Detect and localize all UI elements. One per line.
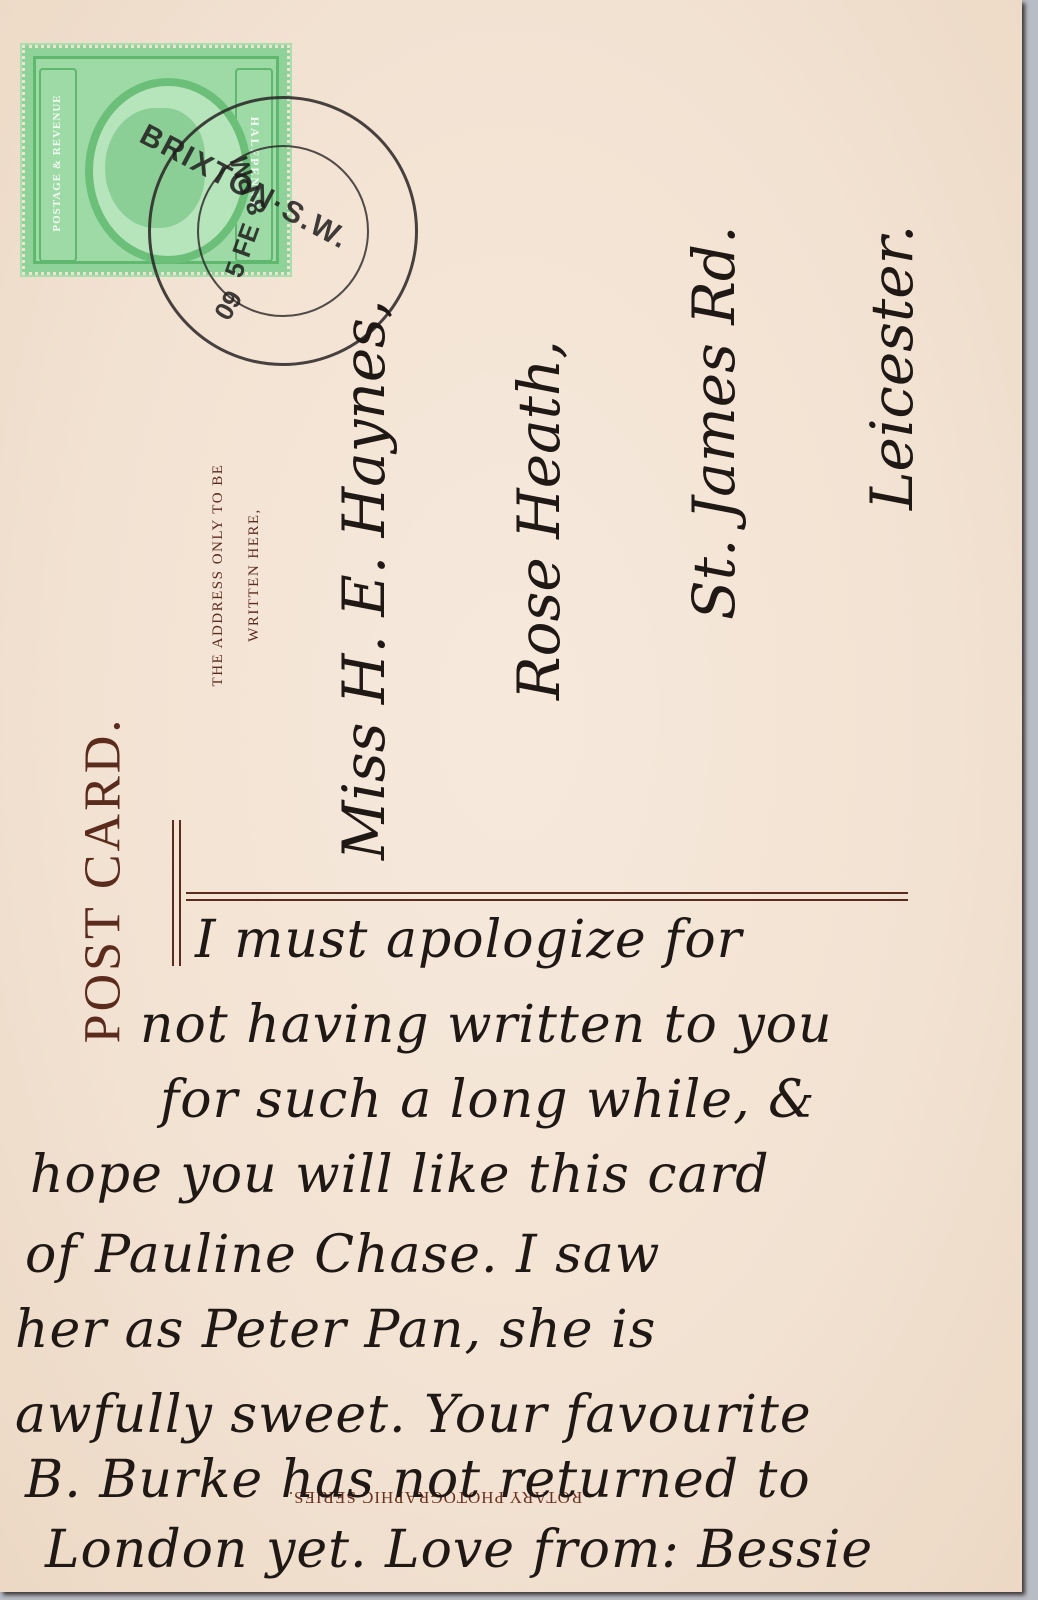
address-instruction: THE ADDRESS ONLY TO BE WRITTEN HERE, — [200, 464, 272, 687]
message-line-signoff: London yet. Love from: Bessie — [45, 1520, 873, 1580]
postcard: POSTAGE & REVENUE HALFPENNY BRIXTON·S.W.… — [0, 0, 1022, 1592]
address-line-street: St. James Rd. — [680, 225, 748, 620]
message-line-1: I must apologize for — [195, 910, 743, 970]
message-line-8: B. Burke has not returned to — [25, 1450, 811, 1510]
message-line-5: of Pauline Chase. I saw — [25, 1225, 660, 1285]
address-line-house: Rose Heath, — [505, 340, 573, 700]
address-line-recipient: Miss H. E. Haynes, — [330, 300, 398, 860]
message-line-7: awfully sweet. Your favourite — [15, 1385, 812, 1445]
vertical-divider — [172, 820, 174, 966]
stamp-left-text: POSTAGE & REVENUE — [51, 94, 63, 231]
vertical-divider-2 — [179, 820, 181, 966]
message-line-4: hope you will like this card — [30, 1145, 770, 1205]
horizontal-divider — [186, 892, 908, 894]
horizontal-divider-2 — [186, 899, 908, 901]
address-instruction-line-1: THE ADDRESS ONLY TO BE — [200, 464, 236, 687]
message-line-6: her as Peter Pan, she is — [15, 1300, 656, 1360]
address-line-city: Leicester. — [858, 225, 926, 510]
post-card-title: POST CARD. — [74, 717, 133, 1044]
message-line-2: not having written to you — [140, 995, 833, 1055]
message-line-3: for such a long while, & — [160, 1070, 815, 1130]
address-instruction-line-2: WRITTEN HERE, — [236, 464, 272, 687]
